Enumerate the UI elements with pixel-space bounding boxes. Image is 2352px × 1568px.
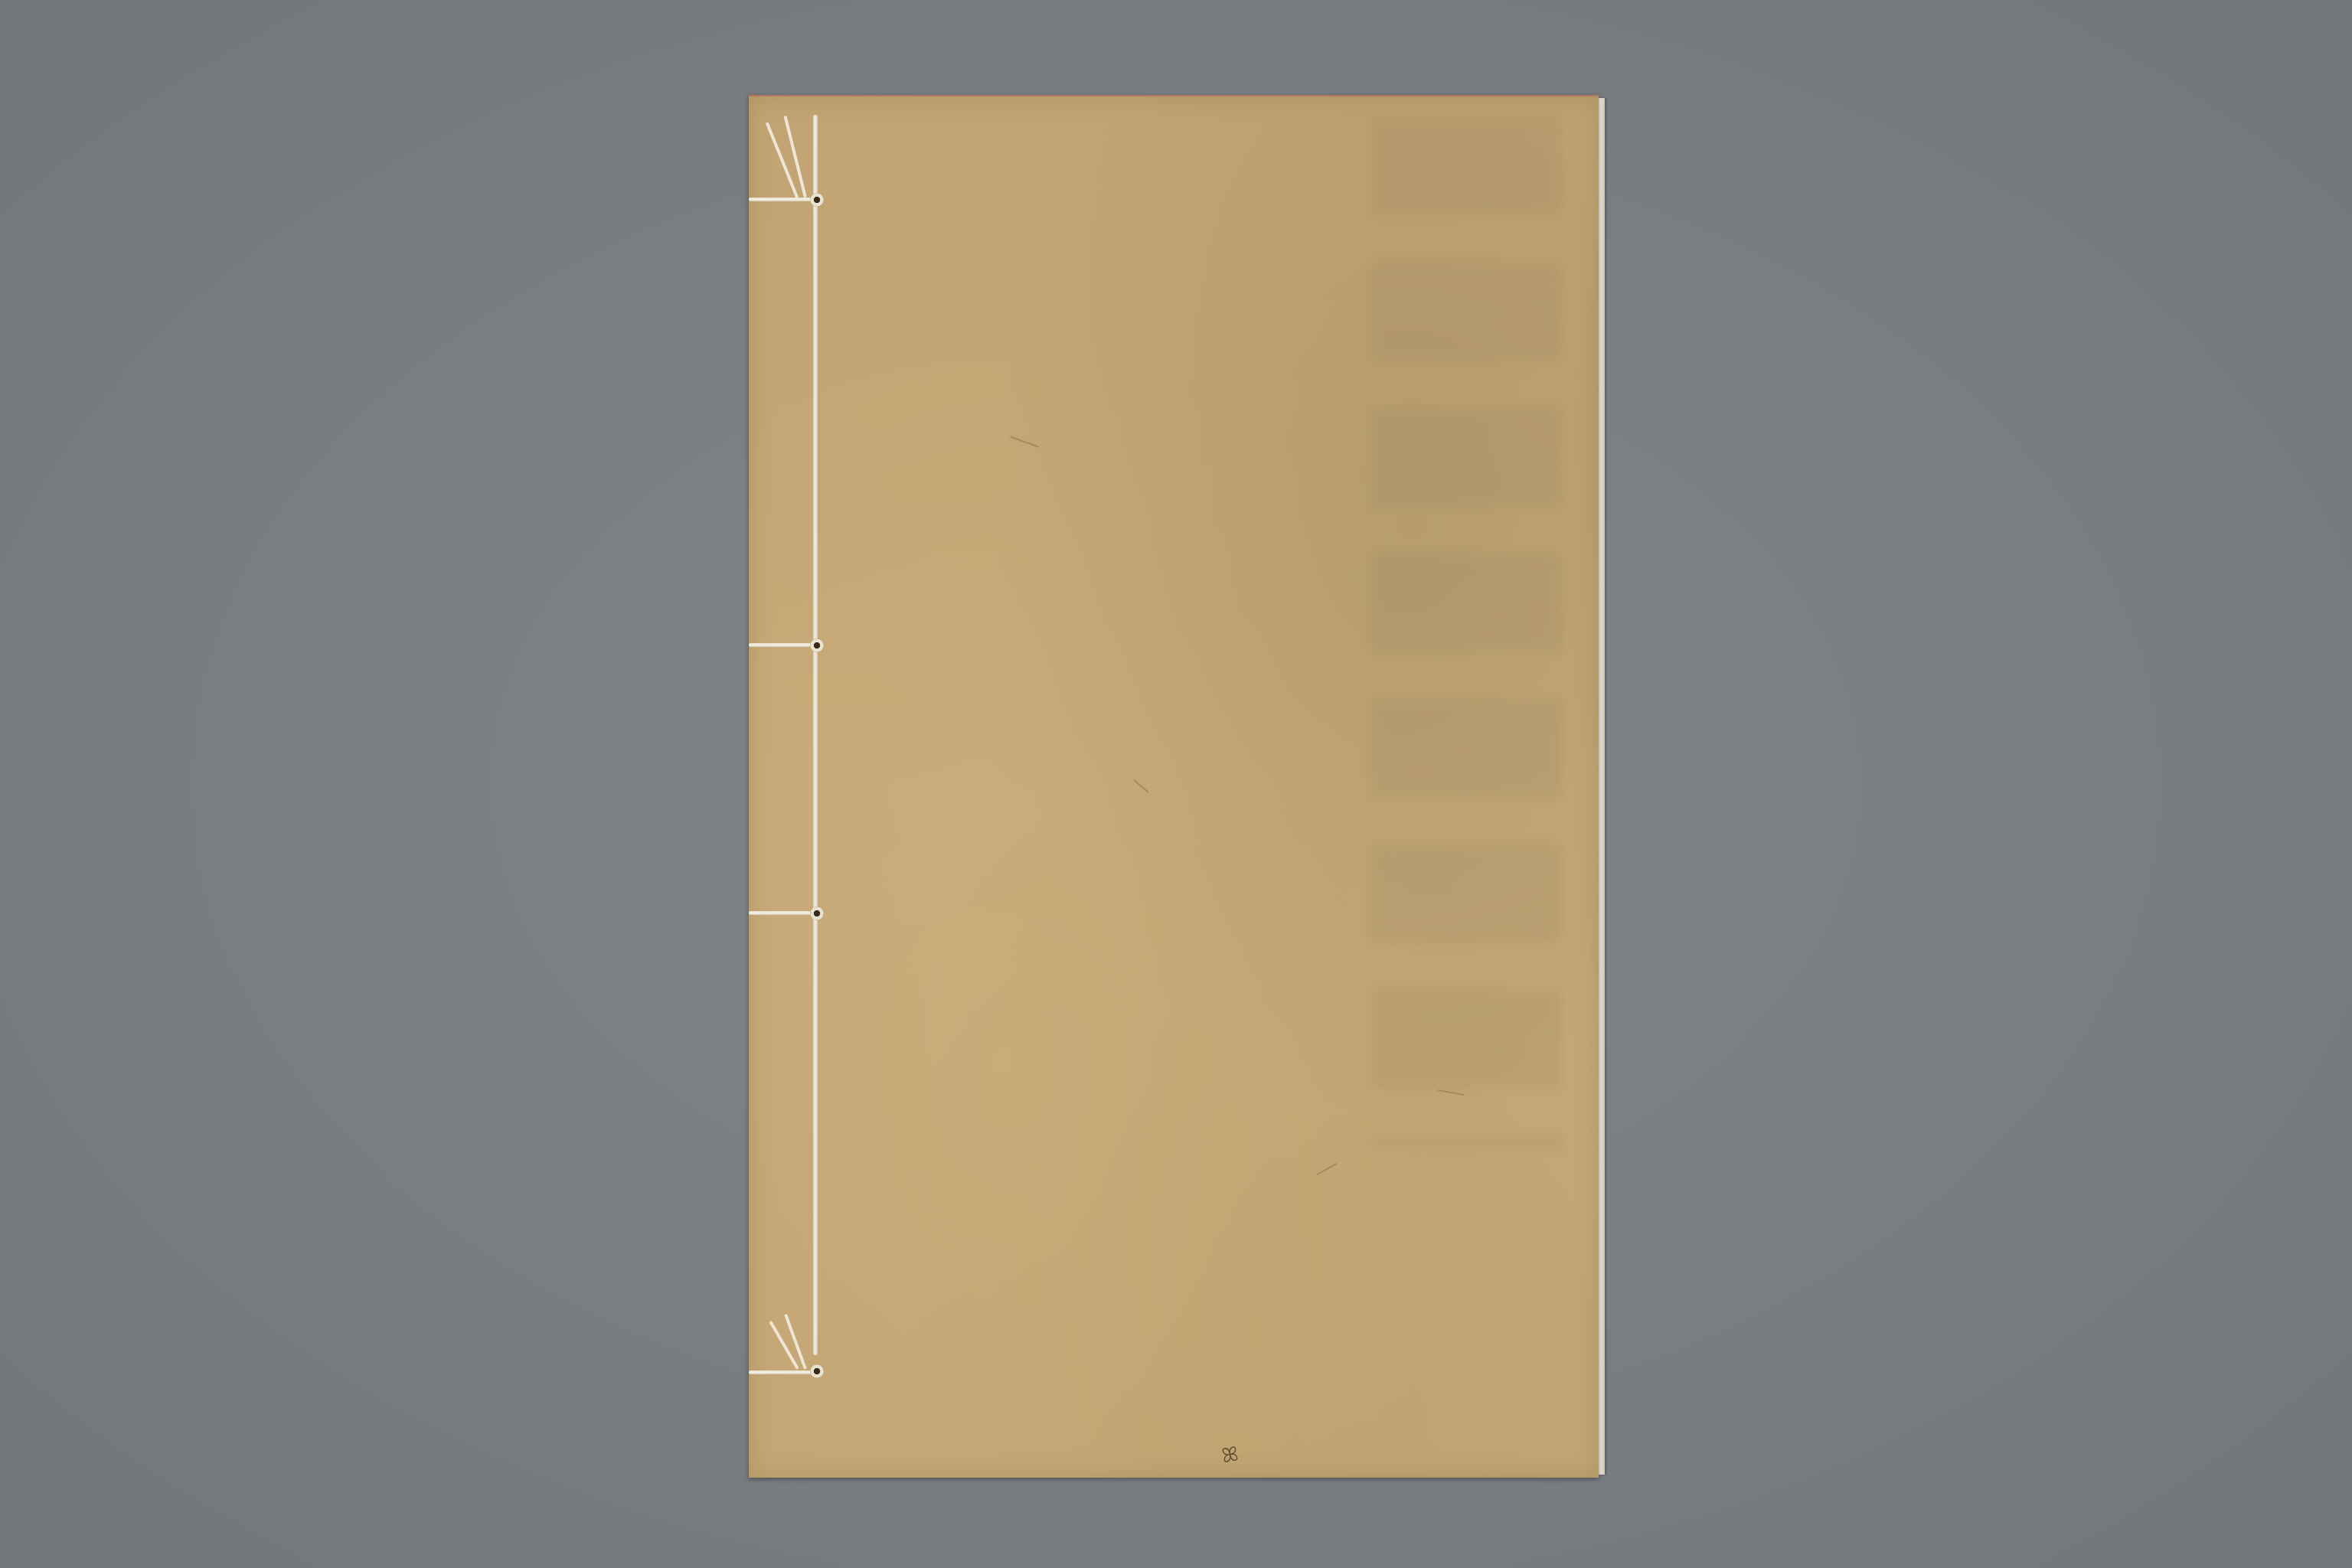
binding-hole-4 [810,1364,824,1378]
binding-thread-wrap-2 [749,643,816,647]
bleed-through-title-shadow [1370,116,1562,1150]
binding-thread-wrap-4 [749,1370,819,1374]
paper-fiber [1133,779,1148,793]
binding-thread-wrap-1 [749,198,819,201]
book-cover [749,95,1599,1478]
binding-hole-1 [810,193,824,207]
binding-hole-3 [810,906,824,920]
binding-thread-vertical [813,115,818,1355]
paper-fiber [1010,436,1039,448]
paper-fiber [1317,1163,1338,1176]
binding-hole-2 [810,639,824,652]
binding-thread-wrap-3 [749,911,816,915]
